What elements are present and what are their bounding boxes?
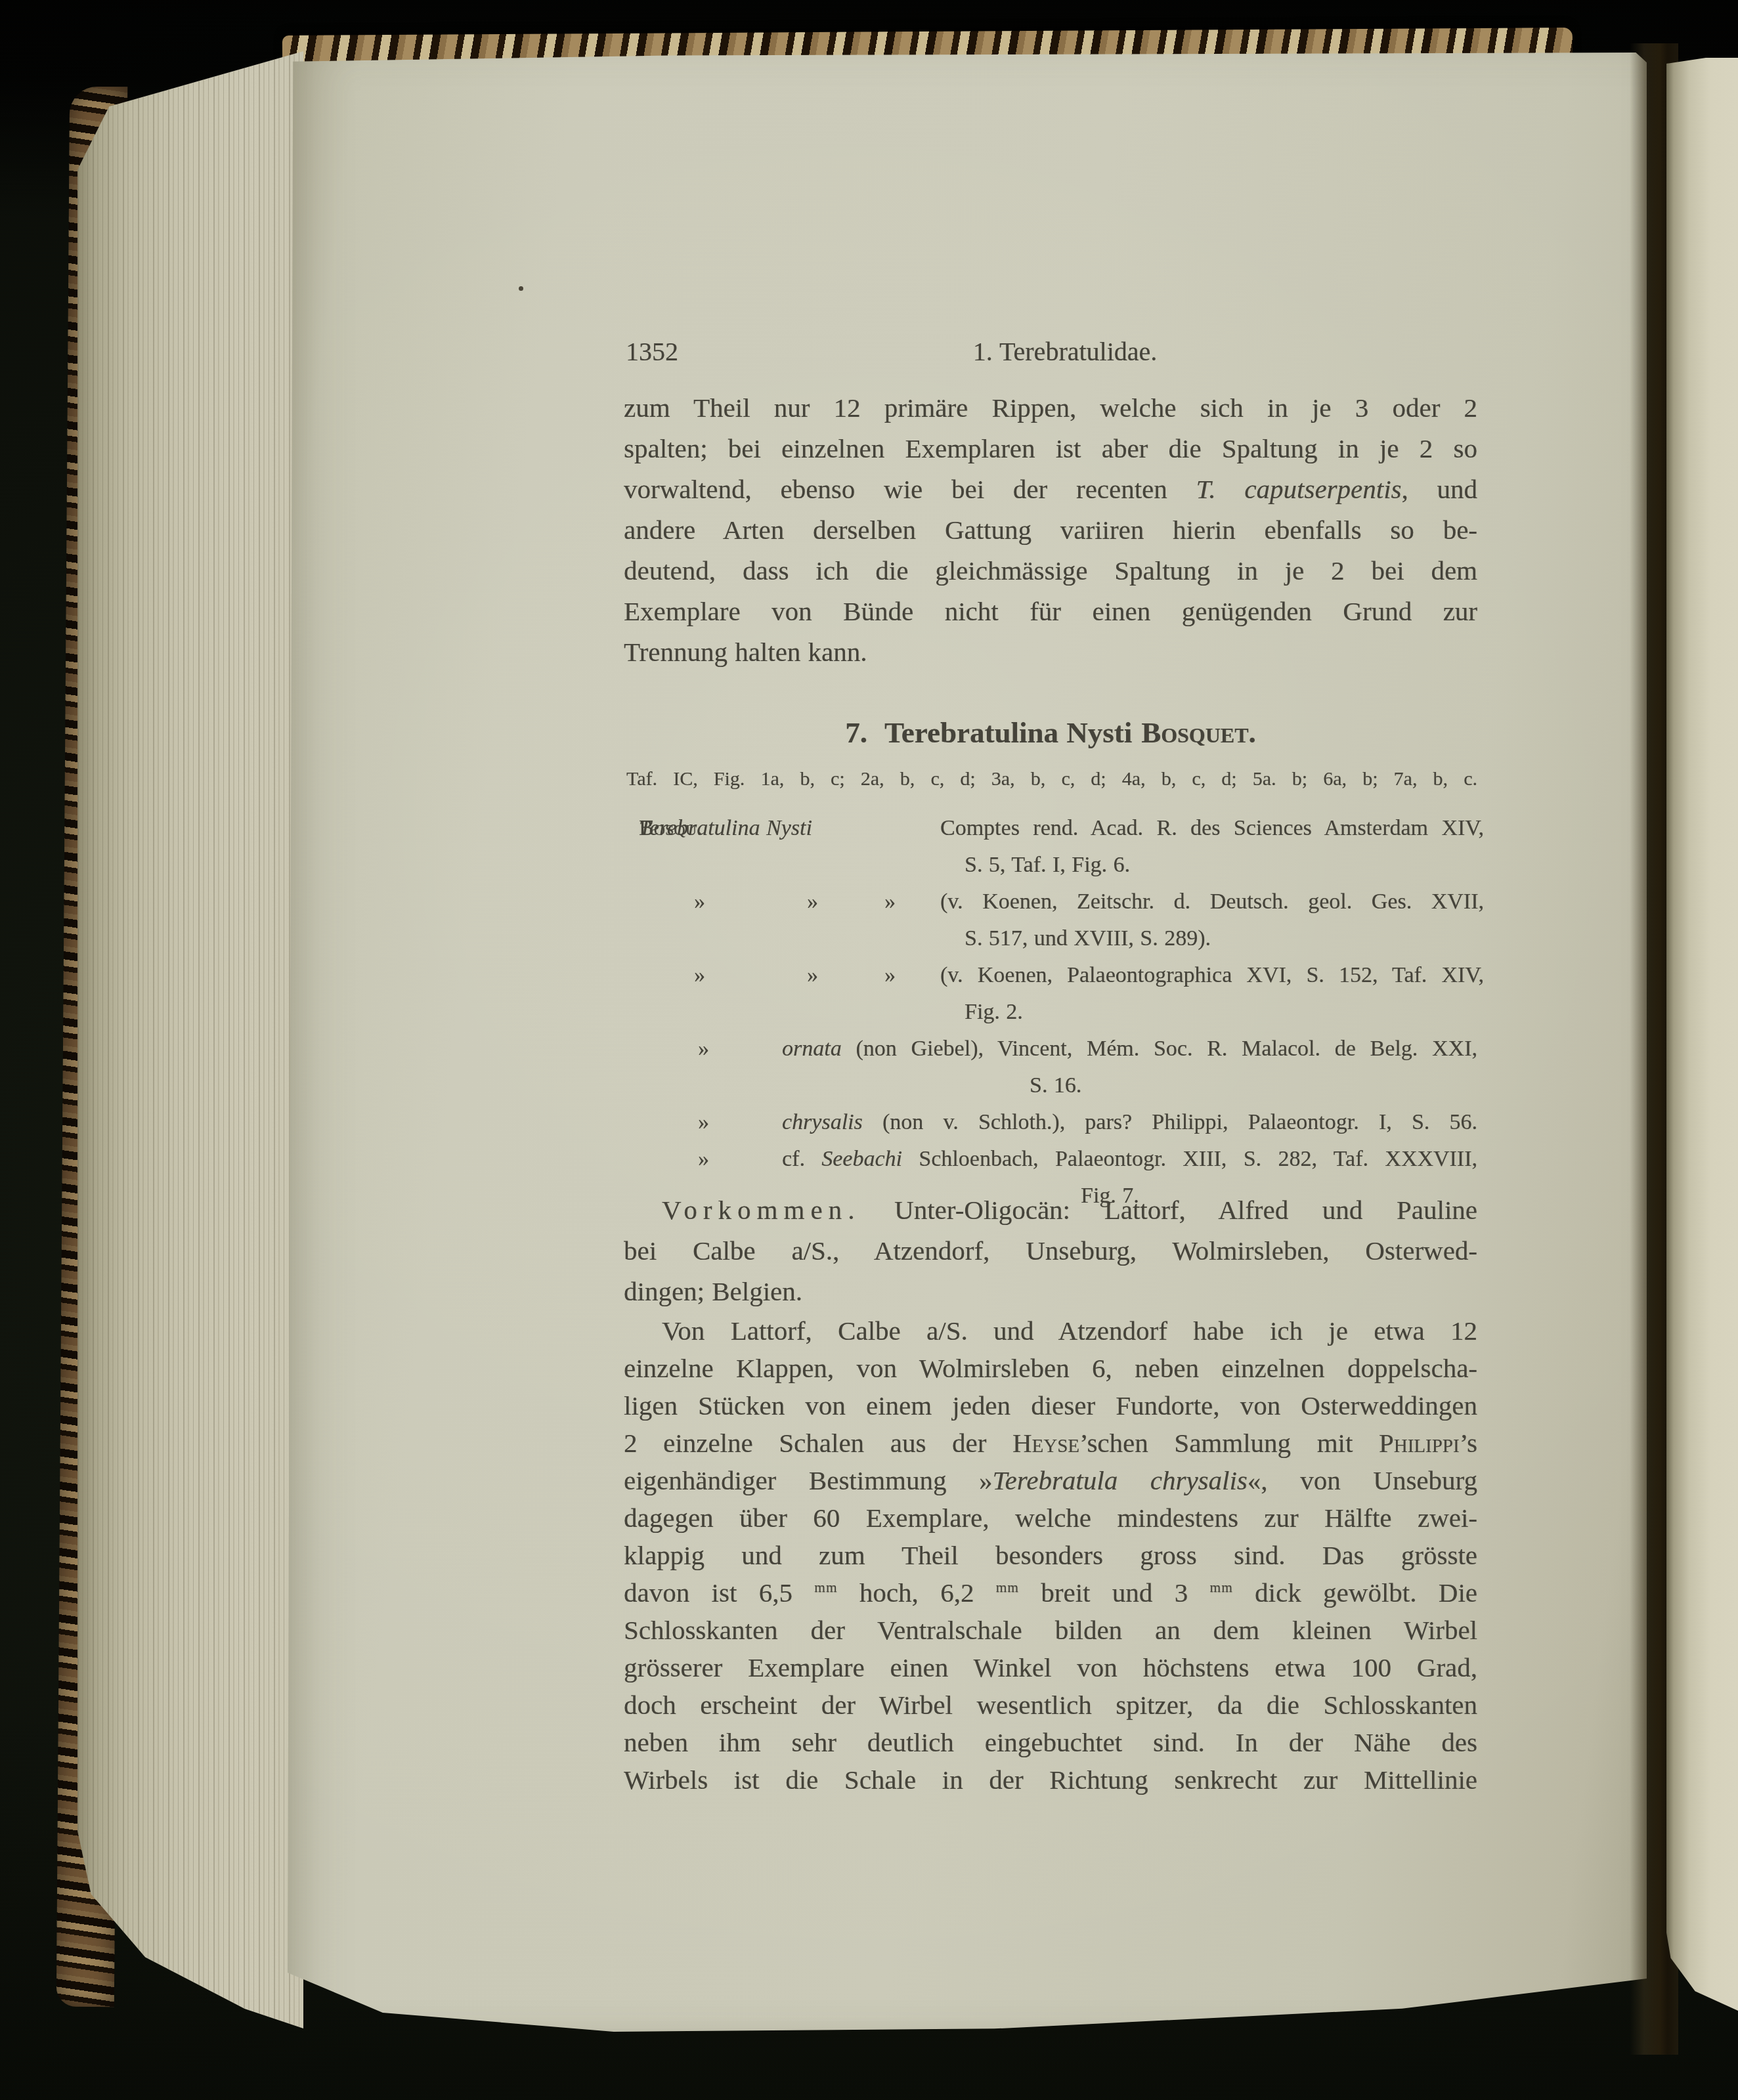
ditto-mark: » — [884, 963, 896, 988]
species-name-italic: chrysalis — [782, 1110, 863, 1134]
synonymy-row: » » » (v. Koenen, Zeitschr. d. Deutsch. … — [624, 889, 1477, 924]
text-segment: dick gewölbt. Die — [1233, 1577, 1477, 1608]
ditto-mark: » — [698, 1147, 709, 1172]
synonymy-row: » cf. Seebachi Schloenbach, Palaeontogr.… — [624, 1147, 1477, 1181]
text-line: eigenhändiger Bestimmung »Terebratula ch… — [624, 1464, 1477, 1497]
text-segment: (non Giebel), Vincent, Mém. Soc. R. Mala… — [842, 1037, 1477, 1061]
citation: chrysalis (non v. Schloth.), pars? Phili… — [782, 1110, 1477, 1135]
running-header: 1. Terebratulidae. — [624, 336, 1477, 367]
photographed-book-page: 1352 1. Terebratulidae. zum Theil nur 12… — [0, 0, 1738, 2100]
species-name-italic: Seebachi — [821, 1147, 902, 1171]
synonymy-row-continuation: S. 5, Taf. I, Fig. 6. — [624, 853, 1477, 887]
text-segment: ’schen Sammlung mit — [1079, 1428, 1379, 1458]
unit-superscript-mm: mm — [996, 1579, 1019, 1595]
citation: S. 5, Taf. I, Fig. 6. — [965, 853, 1130, 878]
species-heading: 7.Terebratulina NystiBosquet. — [624, 716, 1477, 750]
synonymy-row: » » » (v. Koenen, Palaeontographica XVI,… — [624, 963, 1477, 997]
text-segment: davon ist 6,5 — [624, 1577, 814, 1608]
text-line: dagegen über 60 Exemplare, welche mindes… — [624, 1501, 1477, 1535]
text-line: einzelne Klappen, von Wolmirsleben 6, ne… — [624, 1352, 1477, 1385]
text-segment: hoch, 6,2 — [837, 1577, 995, 1608]
ditto-mark: » — [694, 963, 705, 988]
text-line: bei Calbe a/S., Atzendorf, Unseburg, Wol… — [624, 1234, 1477, 1268]
synonymy-row-continuation: Fig. 2. — [624, 1000, 1477, 1034]
text-line: Schlosskanten der Ventralschale bilden a… — [624, 1614, 1477, 1647]
text-line: dingen; Belgien. — [624, 1275, 1477, 1308]
citation: (v. Koenen, Zeitschr. d. Deutsch. geol. … — [940, 889, 1484, 914]
species-number: 7. — [845, 716, 867, 749]
text-line: klappig und zum Theil besonders gross si… — [624, 1539, 1477, 1572]
text-line: Trennung halten kann. — [624, 635, 1477, 669]
text-line: neben ihm sehr deutlich eingebuchtet sin… — [624, 1726, 1477, 1759]
species-name-italic: T. caputserpentis — [1196, 474, 1402, 504]
citation: cf. Seebachi Schloenbach, Palaeontogr. X… — [782, 1147, 1477, 1172]
collector-name-small-caps: Heyse — [1012, 1428, 1079, 1458]
text-segment: Unter-Oligocän: Lattorf, Alfred und Paul… — [860, 1195, 1477, 1225]
text-line: doch erscheint der Wirbel wesentlich spi… — [624, 1688, 1477, 1722]
citation: Fig. 2. — [965, 1000, 1023, 1025]
citation: Comptes rend. Acad. R. des Sciences Amst… — [940, 816, 1484, 841]
synonymy-row-continuation: S. 16. — [624, 1073, 1477, 1107]
ditto-mark: » — [807, 963, 818, 988]
plate-reference: Taf. IC, Fig. 1a, b, c; 2a, b, c, d; 3a,… — [624, 768, 1477, 790]
text-segment: breit und 3 — [1019, 1577, 1210, 1608]
ditto-mark: » — [698, 1110, 709, 1135]
text-segment: Schloenbach, Palaeontogr. XIII, S. 282, … — [902, 1147, 1477, 1171]
citation: (v. Koenen, Palaeontographica XVI, S. 15… — [940, 963, 1484, 988]
author-small-caps: Philippi — [1379, 1428, 1460, 1458]
species-name-italic: Terebratula chrysalis — [993, 1465, 1248, 1495]
text-line: zum Theil nur 12 primäre Rippen, welche … — [624, 391, 1477, 425]
page-number: 1352 — [626, 336, 678, 367]
text-segment: ’s — [1460, 1428, 1477, 1458]
text-line: Von Lattorf, Calbe a/S. und Atzendorf ha… — [624, 1314, 1477, 1348]
synonymy-row: » chrysalis (non v. Schloth.), pars? Phi… — [624, 1110, 1477, 1144]
text-line: andere Arten derselben Gattung variiren … — [624, 513, 1477, 547]
ink-speck — [519, 286, 523, 291]
text-line: grösserer Exemplare einen Winkel von höc… — [624, 1651, 1477, 1684]
page-stack-fore-edge — [77, 51, 303, 2028]
synonymy-row: » ornata (non Giebel), Vincent, Mém. Soc… — [624, 1037, 1477, 1071]
ditto-mark: » — [807, 889, 818, 914]
ditto-mark: » — [698, 1037, 709, 1061]
synonymy-row-continuation: S. 517, und XVIII, S. 289). — [624, 926, 1477, 960]
text-line: vorwaltend, ebenso wie bei der recenten … — [624, 473, 1477, 506]
text-line: Vorkommen. Unter-Oligocän: Lattorf, Alfr… — [624, 1193, 1477, 1227]
citation: S. 517, und XVIII, S. 289). — [965, 926, 1211, 951]
species-name: Terebratulina Nysti — [884, 716, 1132, 749]
ditto-mark: » — [884, 889, 896, 914]
text-segment: cf. — [782, 1147, 821, 1171]
text-line: deutend, dass ich die gleichmässige Spal… — [624, 554, 1477, 588]
text-line: Wirbels ist die Schale in der Richtung s… — [624, 1763, 1477, 1797]
text-line: spalten; bei einzelnen Exemplaren ist ab… — [624, 432, 1477, 465]
next-page-edge — [1666, 58, 1738, 2011]
text-segment: vorwaltend, ebenso wie bei der recenten — [624, 474, 1196, 504]
text-segment: «, von Unseburg — [1248, 1465, 1477, 1495]
species-name-italic: ornata — [782, 1037, 842, 1061]
text-line: davon ist 6,5 mm hoch, 6,2 mm breit und … — [624, 1576, 1477, 1610]
text-segment: (non v. Schloth.), pars? Philippi, Palae… — [863, 1110, 1477, 1134]
text-line: 2 einzelne Schalen aus der Heyse’schen S… — [624, 1426, 1477, 1460]
page-header: 1352 1. Terebratulidae. — [624, 336, 1477, 367]
citation: S. 16. — [1030, 1073, 1081, 1098]
species-author: Bosquet. — [1141, 716, 1256, 749]
page-text: 1352 1. Terebratulidae. zum Theil nur 12… — [624, 0, 1477, 2100]
unit-superscript-mm: mm — [1210, 1579, 1233, 1595]
text-segment: , und — [1401, 474, 1477, 504]
author-small-caps: Bosqu. — [639, 816, 703, 841]
citation: ornata (non Giebel), Vincent, Mém. Soc. … — [782, 1037, 1477, 1061]
text-segment: 2 einzelne Schalen aus der — [624, 1428, 1012, 1458]
ditto-mark: » — [694, 889, 705, 914]
text-segment: eigenhändiger Bestimmung » — [624, 1465, 993, 1495]
text-line: Exemplare von Bünde nicht für einen genü… — [624, 595, 1477, 628]
synonymy-row: Terebratulina Nysti Bosqu. Comptes rend.… — [624, 816, 1477, 850]
text-line: ligen Stücken von einem jeden dieser Fun… — [624, 1389, 1477, 1423]
occurrence-label: Vorkommen. — [662, 1195, 860, 1225]
unit-superscript-mm: mm — [814, 1579, 837, 1595]
